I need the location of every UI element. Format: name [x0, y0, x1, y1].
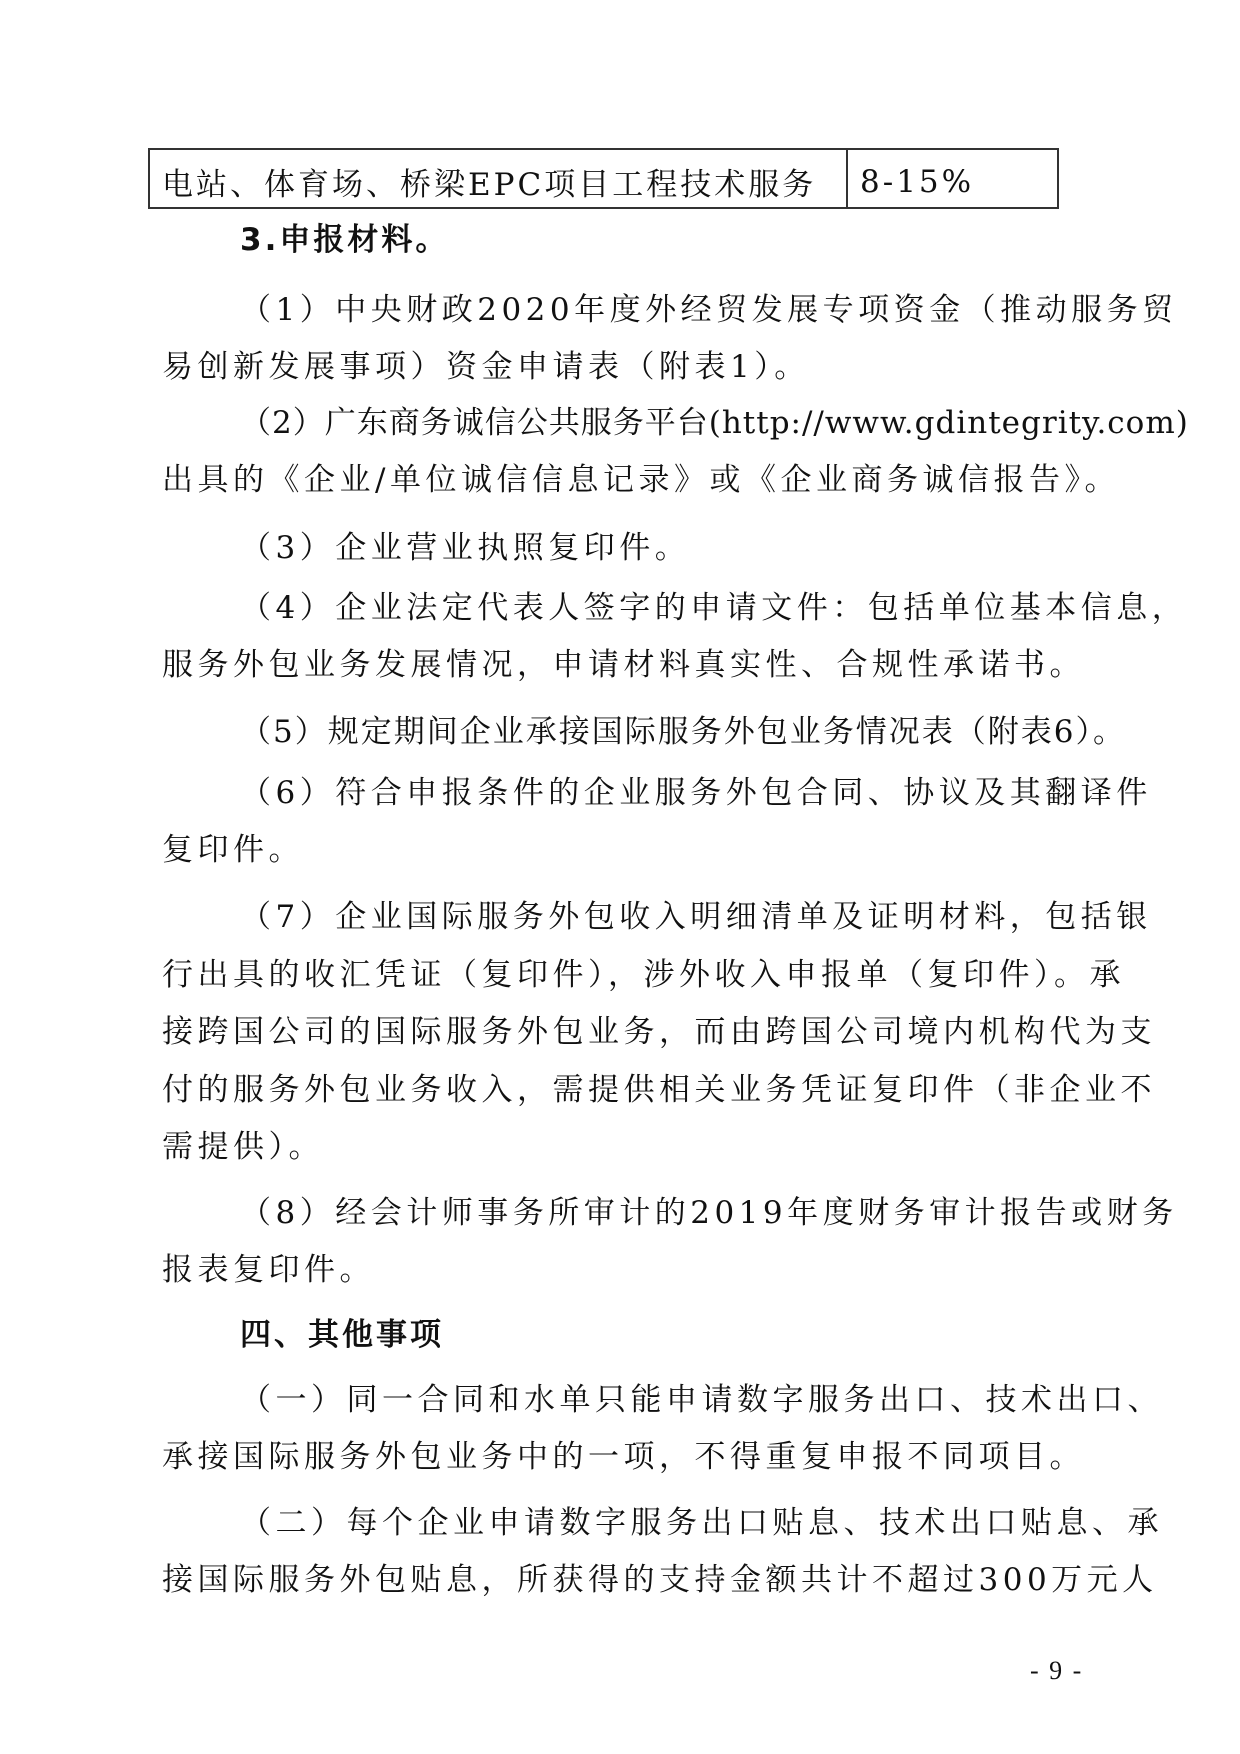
paragraph-line: （7）企业国际服务外包收入明细清单及证明材料，包括银 — [240, 897, 1152, 937]
rate-table: 电站、体育场、桥梁EPC项目工程技术服务 8-15% — [148, 148, 1059, 209]
paragraph-line: （一）同一合同和水单只能申请数字服务出口、技术出口、 — [240, 1380, 1163, 1420]
paragraph-line: （5）规定期间企业承接国际服务外包业务情况表（附表6）。 — [240, 712, 1126, 752]
paragraph-line: 行出具的收汇凭证（复印件），涉外收入申报单（复印件）。承 — [162, 955, 1125, 995]
table-cell-rate: 8-15% — [847, 149, 1058, 208]
paragraph-line: 需提供）。 — [162, 1127, 324, 1167]
paragraph-line: 易创新发展事项）资金申请表（附表1）。 — [162, 347, 810, 387]
paragraph-line: 出具的《企业/单位诚信信息记录》或《企业商务诚信报告》。 — [162, 460, 1120, 500]
table-row: 电站、体育场、桥梁EPC项目工程技术服务 8-15% — [149, 149, 1058, 208]
paragraph-line: （二）每个企业申请数字服务出口贴息、技术出口贴息、承 — [240, 1503, 1163, 1543]
paragraph-line: （1）中央财政2020年度外经贸发展专项资金（推动服务贸 — [240, 290, 1178, 330]
paragraph-line: （2）广东商务诚信公共服务平台(http://www.gdintegrity.c… — [240, 403, 1189, 443]
section-heading-other-matters: 四、其他事项 — [240, 1315, 444, 1355]
paragraph-line: （4）企业法定代表人签字的申请文件：包括单位基本信息， — [240, 588, 1187, 628]
paragraph-line: 报表复印件。 — [162, 1250, 375, 1290]
section-heading-materials: 3.申报材料。 — [240, 220, 449, 260]
paragraph-line: 复印件。 — [162, 830, 304, 870]
paragraph-line: 承接国际服务外包业务中的一项，不得重复申报不同项目。 — [162, 1437, 1085, 1477]
paragraph-line: （3）企业营业执照复印件。 — [240, 528, 690, 568]
table-cell-service: 电站、体育场、桥梁EPC项目工程技术服务 — [149, 149, 847, 208]
paragraph-line: 服务外包业务发展情况，申请材料真实性、合规性承诺书。 — [162, 645, 1085, 685]
paragraph-line: 接跨国公司的国际服务外包业务，而由跨国公司境内机构代为支 — [162, 1012, 1156, 1052]
page-number: - 9 - — [1030, 1656, 1083, 1686]
paragraph-line: 付的服务外包业务收入，需提供相关业务凭证复印件（非企业不 — [162, 1070, 1156, 1110]
paragraph-line: （8）经会计师事务所审计的2019年度财务审计报告或财务 — [240, 1193, 1178, 1233]
paragraph-line: （6）符合申报条件的企业服务外包合同、协议及其翻译件 — [240, 773, 1152, 813]
paragraph-line: 接国际服务外包贴息，所获得的支持金额共计不超过300万元人 — [162, 1560, 1158, 1600]
